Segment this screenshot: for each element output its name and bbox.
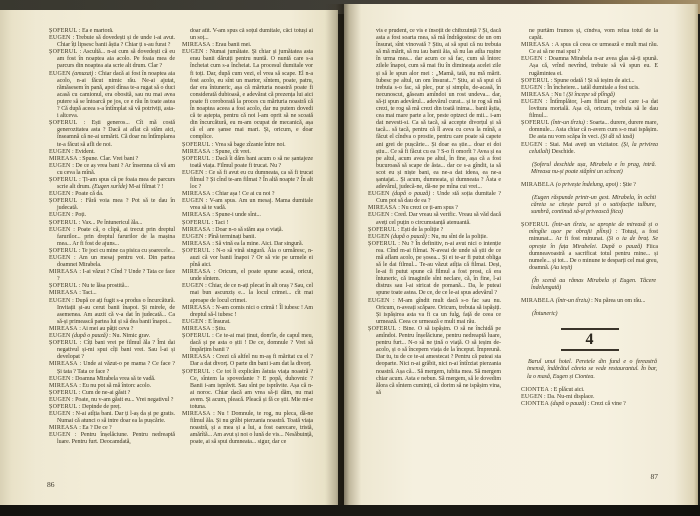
speaker-name: ȘOFERUL: [49, 120, 77, 126]
dialogue-line: ȘOFERUL : Ea e martoră.: [49, 28, 175, 35]
dialogue-line: ȘOFERUL : Vrea să bage zîzanie între noi…: [182, 142, 313, 149]
dialogue-line: EUGEN : Evident.: [49, 149, 175, 156]
speaker-name: EUGEN: [182, 198, 204, 204]
dialogue-line: MIREASA : Spune. Clar. Vrei bani ?: [49, 156, 175, 163]
speaker-name: ȘOFERUL: [182, 248, 210, 254]
dialogue-line: EUGEN : Ce să fi avut eu cu dumneata, ca…: [182, 170, 313, 191]
dialogue-line: ȘOFERUL : Spune odată ! Și să ieșim de a…: [521, 78, 658, 85]
dialogue-line: ȘOFERUL : Ce te-ai mai ținut, dom'le, de…: [182, 333, 313, 354]
dialogue-line: ȘOFERUL : Ascultă... n-ai cum să dovedeș…: [49, 49, 175, 70]
speaker-name: MIREASA: [182, 326, 211, 332]
speaker-name: EUGEN: [521, 85, 543, 91]
dialogue-line: ȘOFERUL : Ți-am spus că pe foaia mea de …: [49, 177, 175, 191]
speaker-name: ȘOFERUL: [182, 142, 210, 148]
dialogue-line: MIREASA : Ai mei au pățit ceva ?: [49, 326, 175, 333]
dialogue-line: EUGEN : Pînă terminați banii.: [182, 234, 313, 241]
scene-number: 4: [521, 336, 658, 343]
dialogue-line: CIONTEA (după o pauză) : Crezi că vine ?: [521, 401, 658, 408]
speaker-name: EUGEN: [49, 212, 71, 218]
dialogue-line: EUGEN : Chiar, de ce n-ați plecat în alt…: [182, 283, 313, 304]
speaker-name: ȘOFERUL: [49, 283, 77, 289]
dialogue-line: ȘOFERUL (într-un tîrziu) : Soarta... dur…: [521, 120, 658, 141]
left-page-column-2: doar atît. V-am spus că soțul dumitale, …: [182, 28, 313, 478]
speaker-name: MIREASA: [49, 361, 78, 367]
dialogue-line: MIREASA : Crezi că altfel nu m-aș fi măr…: [182, 354, 313, 368]
dialogue-line: EUGEN : Cred. Dar vreau să verific. Vrea…: [368, 212, 501, 226]
speaker-name: ȘOFERUL: [49, 49, 77, 55]
speaker-name: ȘOFERUL: [521, 120, 549, 126]
left-page-column-1: ȘOFERUL : Ea e martoră.EUGEN : Trebuie s…: [49, 28, 175, 478]
speaker-name: EUGEN: [49, 397, 71, 403]
dialogue-line: ȘOFERUL : Vax... Pe întunericul ăla...: [49, 220, 175, 227]
speaker-name: EUGEN: [368, 191, 390, 197]
dialogue-line: EUGEN : M-am gîndit mult dacă s-o fac sa…: [368, 298, 501, 326]
dialogue-line: MIREASA : Spune, cît vrei.: [182, 149, 313, 156]
speaker-name: EUGEN: [521, 142, 543, 148]
dialogue-line: EUGEN : Am un mesaj pentru voi. Din part…: [49, 255, 175, 269]
dialogue-line: ȘOFERUL (într-un tîrziu, se apropie de m…: [521, 222, 658, 272]
speaker-name: EUGEN: [49, 376, 71, 382]
page-number-right: 87: [628, 472, 658, 481]
speaker-name: EUGEN: [368, 234, 390, 240]
scene-description: Barul unui hotel. Peretele din fund e o …: [521, 359, 658, 380]
speaker-name: ȘOFERUL: [49, 404, 77, 410]
dialogue-line: MIREASA : Știu.: [182, 326, 313, 333]
speaker-name: EUGEN: [182, 170, 204, 176]
speaker-name: EUGEN: [49, 333, 71, 339]
speaker-name: ȘOFERUL: [182, 369, 210, 375]
dialogue-line: ȘOFERUL : Depinde de preț.: [49, 404, 175, 411]
speaker-name: MIREASA: [521, 42, 550, 48]
speaker-name: EUGEN: [182, 234, 204, 240]
dialogue-line: ȘOFERUL : Cum de ne-ai găsit ?: [49, 390, 175, 397]
speaker-name: EUGEN: [49, 71, 71, 77]
dialogue-line: EUGEN : Da. Nu-mi displace.: [521, 394, 658, 401]
speaker-name: EUGEN: [49, 163, 71, 169]
dialogue-line: EUGEN : V-am spus. Am un mesaj. Mama dum…: [182, 198, 313, 212]
background-table-bottom: [0, 505, 700, 516]
speaker-name: MIREASA: [49, 156, 78, 162]
speaker-name: MIREASA: [521, 92, 550, 98]
speaker-name: CIONTEA: [521, 401, 549, 407]
dialogue-line: MIREASA : Erau banii mei.: [182, 42, 313, 49]
speaker-name: CIONTEA: [521, 387, 549, 393]
speaker-name: EUGEN: [368, 212, 390, 218]
speaker-name: MIREASA: [49, 326, 78, 332]
speaker-name: MIRABELA: [521, 182, 554, 188]
dialogue-line: EUGEN : Doamna Mirabela n-ar avea glas s…: [521, 56, 658, 77]
section-divider: 4: [521, 328, 658, 351]
dialogue-line: EUGEN : Poate, nu v-am găsit eu... Vrei …: [49, 397, 175, 404]
speaker-name: MIREASA: [182, 241, 211, 247]
dialogue-line: ȘOFERUL : Cîți bani vrei pe filmul ăla ?…: [49, 340, 175, 361]
stage-direction: (Întuneric): [521, 311, 658, 318]
dialogue-line: CIONTEA : E plăcut aici.: [521, 387, 658, 394]
dialogue-line: ȘOFERUL : Ești de la poliție ?: [368, 227, 501, 234]
speaker-name: EUGEN: [182, 283, 204, 289]
dialogue-line: ȘOFERUL : N-o să vină singură. Ăia o urm…: [182, 248, 313, 269]
speaker-name: MIREASA: [182, 227, 211, 233]
dialogue-line: MIREASA : Oricum, el poate spune acasă, …: [182, 269, 313, 283]
dialogue-line: ȘOFERUL : Fără voia mea ? Pot să te dau …: [49, 198, 175, 212]
dialogue-line: ȘOFERUL : Dacă îi dăm bani acum o să ne …: [182, 156, 313, 170]
dialogue-line: EUGEN (după o pauză) : Nu, nu sînt de la…: [368, 234, 501, 241]
divider-rule: [561, 328, 619, 330]
dialogue-line: MIREASA : Eu nu pot să mă întorc acolo.: [49, 383, 175, 390]
speaker-name: ȘOFERUL: [182, 220, 210, 226]
book-photo: { "colors": { "background": "#1d1c18", "…: [0, 0, 700, 516]
dialogue-line: MIREASA : Unde ai văzut-o pe mama ? Ce f…: [49, 361, 175, 375]
dialogue-line: EUGEN : Numai jumătate. Și chiar și jumă…: [182, 49, 313, 141]
speaker-name: MIRABELA: [521, 298, 554, 304]
dialogue-line: MIRABELA (o privește îndelung, apoi) : Ș…: [521, 182, 658, 189]
continuation-text: ne purtăm frumos și, cîndva, vom relua t…: [521, 28, 658, 42]
speaker-name: MIREASA: [182, 305, 211, 311]
speaker-name: MIREASA: [368, 205, 397, 211]
dialogue-line: ȘOFERUL : Taci !: [182, 220, 313, 227]
dialogue-line: MIREASA : Chiar așa ! Ce ai cu noi ?: [182, 191, 313, 198]
dialogue-line: ȘOFERUL : Ce tot îi explicăm ăstuia viaț…: [182, 369, 313, 412]
dialogue-line: EUGEN : De ce aș vrea bani ? Ar însemna …: [49, 163, 175, 177]
speaker-name: EUGEN: [49, 432, 71, 438]
dialogue-line: MIREASA : A spus că ceea ce urmează e mu…: [521, 42, 658, 56]
speaker-name: ȘOFERUL: [182, 333, 210, 339]
speaker-name: MIREASA: [49, 290, 78, 296]
speaker-name: ȘOFERUL: [368, 241, 396, 247]
dialogue-line: MIREASA : Nu ! (Și începe să plîngă): [521, 92, 658, 99]
speaker-name: EUGEN: [521, 56, 543, 62]
speaker-name: EUGEN: [49, 227, 71, 233]
dialogue-line: EUGEN : Poți.: [49, 212, 175, 219]
speaker-name: ȘOFERUL: [49, 390, 77, 396]
dialogue-line: MIREASA : Nu ! Domnule, te rog, nu pleca…: [182, 411, 313, 446]
dialogue-line: MIRABELA (într-un tîrziu) : Nu părea un …: [521, 298, 658, 305]
speaker-name: MIREASA: [182, 42, 211, 48]
speaker-name: ȘOFERUL: [521, 78, 549, 84]
dialogue-line: EUGEN : Stai. Mai aveți un vizitator. (Ș…: [521, 142, 658, 156]
page-number-left: 86: [47, 480, 55, 489]
speaker-name: MIREASA: [182, 411, 211, 417]
speaker-name: EUGEN: [521, 394, 543, 400]
dialogue-line: EUGEN : E însurat.: [182, 319, 313, 326]
dialogue-line: EUGEN (după o pauză) : Unde stă soția du…: [368, 191, 501, 205]
speaker-name: MIREASA: [182, 212, 211, 218]
speaker-name: EUGEN: [49, 149, 71, 155]
dialogue-line: EUGEN : În încheiere... tatăl dumitale a…: [521, 85, 658, 92]
dialogue-line: EUGEN : Poate că, o clipă, ai trecut pri…: [49, 227, 175, 248]
speaker-name: MIREASA: [182, 354, 211, 360]
speaker-name: EUGEN: [49, 255, 71, 261]
speaker-name: ȘOFERUL: [49, 220, 77, 226]
left-page: ȘOFERUL : Ea e martoră.EUGEN : Trebuie s…: [0, 10, 338, 507]
continuation-text: doar atît. V-am spus că soțul dumitale, …: [182, 28, 313, 42]
speaker-name: ȘOFERUL: [368, 227, 396, 233]
stage-direction: (În scenă au rămas Mirabela și Eugen. Tă…: [521, 278, 658, 292]
speaker-name: ȘOFERUL: [49, 177, 77, 183]
speaker-name: MIREASA: [49, 269, 78, 275]
dialogue-line: MIREASA : Să vină ea la mine. Aici. Dar …: [182, 241, 313, 248]
continuation-text: vis e prudent, ce vis e însoțit de chibz…: [368, 28, 501, 191]
dialogue-line: ȘOFERUL : Ești generos... Cît mă costă g…: [49, 120, 175, 148]
right-page-column-1: vis e prudent, ce vis e însoțit de chibz…: [368, 28, 501, 480]
dialogue-line: MIREASA : N-am comis nici o crimă ! Îl i…: [182, 305, 313, 319]
speaker-name: MIREASA: [49, 425, 78, 431]
dialogue-line: ȘOFERUL : Nu ? În definitiv, n-ai avut n…: [368, 241, 501, 298]
speaker-name: EUGEN: [182, 319, 204, 325]
speaker-name: EUGEN: [49, 191, 71, 197]
speaker-name: EUGEN: [49, 411, 71, 417]
dialogue-line: EUGEN (amuzat) : Chiar dacă ai fost în n…: [49, 71, 175, 121]
speaker-name: EUGEN: [521, 99, 543, 105]
stage-direction: (Șoferul deschide ușa, Mirabela e în pra…: [521, 162, 658, 176]
speaker-name: EUGEN: [182, 49, 204, 55]
speaker-name: MIREASA: [182, 269, 211, 275]
dialogue-line: EUGEN : Pentru înșelăciune. Pentru nedre…: [49, 432, 175, 446]
stage-direction: (Eugen răspunde printr-un gest. Mirabela…: [521, 195, 658, 216]
divider-rule: [561, 349, 619, 351]
dialogue-line: ȘOFERUL : Nu te lăsa prostită...: [49, 283, 175, 290]
speaker-name: EUGEN: [49, 35, 71, 41]
speaker-name: ȘOFERUL: [49, 340, 77, 346]
right-page-column-2: ne purtăm frumos și, cîndva, vom relua t…: [521, 28, 658, 480]
dialogue-line: EUGEN : După ce ați fugit s-a produs o î…: [49, 298, 175, 326]
dialogue-line: ȘOFERUL : Te joci cu mine ca pisica cu ș…: [49, 248, 175, 255]
speaker-name: ȘOFERUL: [521, 222, 549, 228]
dialogue-line: MIREASA : Taci...: [49, 290, 175, 297]
speaker-name: MIREASA: [182, 149, 211, 155]
speaker-name: EUGEN: [49, 298, 71, 304]
speaker-name: ȘOFERUL: [49, 28, 77, 34]
dialogue-line: MIREASA : Doar n-o să stăm așa o viață.: [182, 227, 313, 234]
speaker-name: ȘOFERUL: [49, 248, 77, 254]
dialogue-line: MIREASA : Ea ? De ce ?: [49, 425, 175, 432]
speaker-name: MIREASA: [49, 383, 78, 389]
speaker-name: ȘOFERUL: [49, 198, 77, 204]
dialogue-line: MIREASA : Spune-i unde sînt...: [182, 212, 313, 219]
dialogue-line: EUGEN : Doamna Mirabela vrea să te vadă.: [49, 376, 175, 383]
speaker-name: ȘOFERUL: [368, 326, 396, 332]
speaker-name: ȘOFERUL: [182, 156, 210, 162]
dialogue-line: EUGEN : Întîmplător, l-am filmat pe cel …: [521, 99, 658, 120]
right-page: vis e prudent, ce vis e însoțit de chibz…: [344, 4, 698, 506]
dialogue-line: EUGEN : N-ai atîția bani. Dar ți l-aș da…: [49, 411, 175, 425]
dialogue-line: ȘOFERUL : Bine. O să ispășim. O să ne în…: [368, 326, 501, 397]
dialogue-line: EUGEN : Poate că da.: [49, 191, 175, 198]
speaker-name: EUGEN: [368, 298, 390, 304]
dialogue-line: EUGEN : Trebuie să dovedești și de unde …: [49, 35, 175, 49]
speaker-name: MIREASA: [182, 191, 211, 197]
dialogue-line: MIREASA : I-ai văzut ? Cînd ? Unde ? Tat…: [49, 269, 175, 283]
